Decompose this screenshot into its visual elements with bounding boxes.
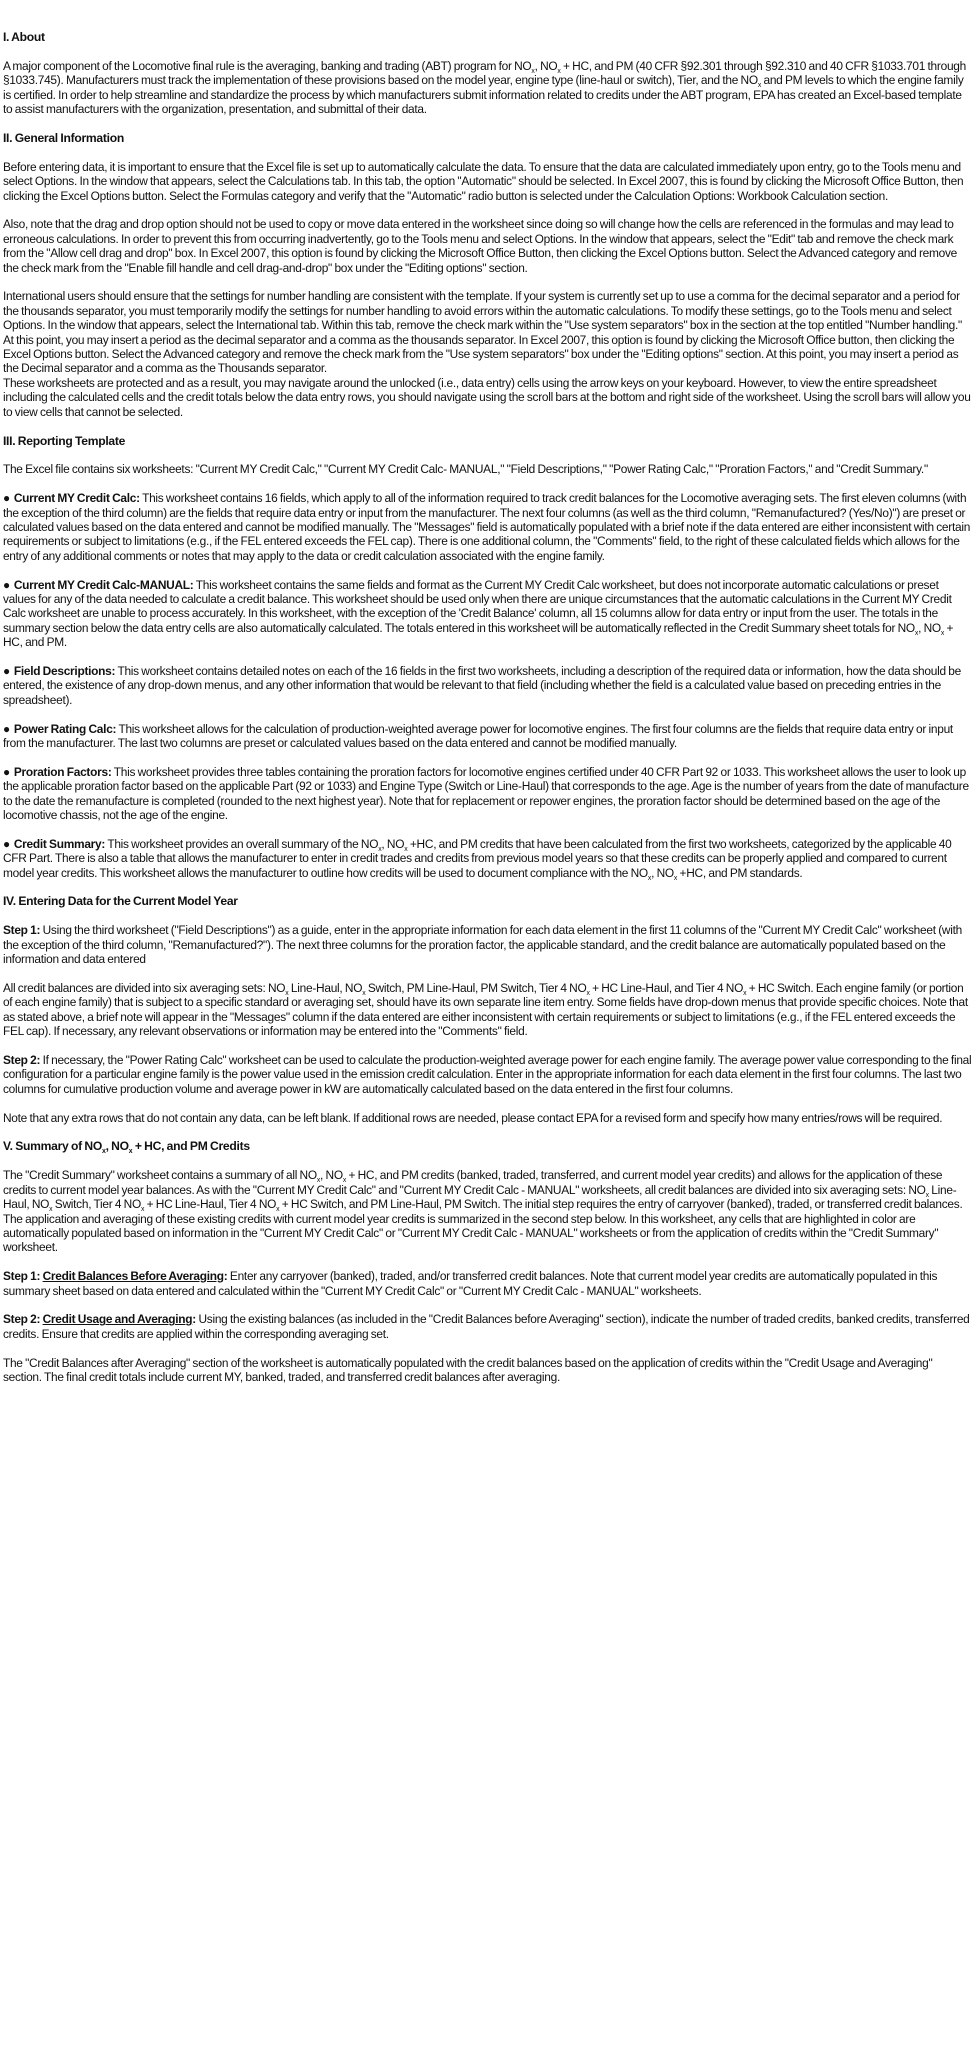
- paragraph: A major component of the Locomotive fina…: [3, 59, 973, 117]
- paragraph: International users should ensure that t…: [3, 289, 973, 375]
- bold-text-run: Credit Summary:: [14, 837, 105, 851]
- text-run: Also, note that the drag and drop option…: [3, 217, 957, 274]
- bullet-item: ●Current MY Credit Calc-MANUAL: This wor…: [3, 578, 973, 650]
- section-about: I. AboutA major component of the Locomot…: [3, 30, 973, 117]
- text-run: IV. Entering Data for the Current Model …: [3, 894, 238, 908]
- text-run: , NO: [651, 866, 674, 880]
- text-run: Switch, PM Line-Haul, PM Switch, Tier 4 …: [365, 981, 586, 995]
- bold-text-run: Current MY Credit Calc-MANUAL:: [14, 578, 194, 592]
- text-run: The Excel file contains six worksheets: …: [3, 462, 928, 476]
- paragraph: Step 1: Using the third worksheet ("Fiel…: [3, 923, 973, 966]
- paragraph: The "Credit Summary" worksheet contains …: [3, 1168, 973, 1254]
- bold-text-run: Credit Usage and Averaging: [43, 1312, 193, 1326]
- bullet-item: ●Proration Factors: This worksheet provi…: [3, 765, 973, 823]
- text-run: + HC Line-Haul, Tier 4 NO: [144, 1197, 276, 1211]
- instructions-document: I. AboutA major component of the Locomot…: [0, 0, 975, 1384]
- text-run: This worksheet contains detailed notes o…: [3, 664, 961, 707]
- text-run: These worksheets are protected and as a …: [3, 376, 971, 419]
- paragraph: The "Credit Balances after Averaging" se…: [3, 1356, 973, 1385]
- text-run: This worksheet provides an overall summa…: [105, 837, 378, 851]
- text-run: Switch, Tier 4 NO: [52, 1197, 141, 1211]
- paragraph: The Excel file contains six worksheets: …: [3, 462, 973, 476]
- text-run: This worksheet provides three tables con…: [3, 765, 969, 822]
- paragraph: Before entering data, it is important to…: [3, 160, 973, 203]
- text-run: V. Summary of NO: [3, 1139, 102, 1153]
- text-run: The "Credit Summary" worksheet contains …: [3, 1168, 317, 1182]
- paragraph: Step 2: Credit Usage and Averaging: Usin…: [3, 1312, 973, 1341]
- bold-text-run: Proration Factors:: [14, 765, 112, 779]
- paragraph: These worksheets are protected and as a …: [3, 376, 973, 419]
- text-run: If necessary, the "Power Rating Calc" wo…: [3, 1053, 971, 1096]
- bullet-icon: ●: [3, 664, 10, 678]
- paragraph: Step 1: Credit Balances Before Averaging…: [3, 1269, 973, 1298]
- bold-text-run: Step 1:: [3, 923, 40, 937]
- text-run: , NO: [381, 837, 404, 851]
- section-reporting-template: III. Reporting TemplateThe Excel file co…: [3, 434, 973, 881]
- text-run: + HC Line-Haul, and Tier 4 NO: [590, 981, 743, 995]
- text-run: International users should ensure that t…: [3, 289, 962, 375]
- bold-text-run: Power Rating Calc:: [14, 722, 116, 736]
- bullet-icon: ●: [3, 722, 10, 736]
- text-run: This worksheet contains 16 fields, which…: [3, 491, 970, 563]
- text-run: I. About: [3, 30, 45, 44]
- text-run: Before entering data, it is important to…: [3, 160, 963, 203]
- text-run: +HC, and PM standards.: [677, 866, 802, 880]
- section-heading: II. General Information: [3, 131, 973, 145]
- text-run: The "Credit Balances after Averaging" se…: [3, 1356, 932, 1384]
- section-summary-credits: V. Summary of NOx, NOx + HC, and PM Cred…: [3, 1139, 973, 1384]
- text-run: Note that any extra rows that do not con…: [3, 1111, 942, 1125]
- bold-text-run: Credit Balances Before Averaging: [43, 1269, 224, 1283]
- section-heading: I. About: [3, 30, 973, 44]
- text-run: A major component of the Locomotive fina…: [3, 59, 531, 73]
- section-general-information: II. General InformationBefore entering d…: [3, 131, 973, 419]
- paragraph: Note that any extra rows that do not con…: [3, 1111, 973, 1125]
- bullet-item: ●Power Rating Calc: This worksheet allow…: [3, 722, 973, 751]
- bullet-icon: ●: [3, 837, 10, 851]
- text-run: This worksheet allows for the calculatio…: [3, 722, 953, 750]
- bullet-item: ●Credit Summary: This worksheet provides…: [3, 837, 973, 880]
- section-heading: III. Reporting Template: [3, 434, 973, 448]
- text-run: , NO: [535, 59, 558, 73]
- bullet-icon: ●: [3, 491, 10, 505]
- text-run: , NO: [320, 1168, 343, 1182]
- text-run: , NO: [918, 621, 941, 635]
- bold-text-run: Current MY Credit Calc:: [14, 491, 140, 505]
- text-run: Line-Haul, NO: [288, 981, 362, 995]
- section-entering-data: IV. Entering Data for the Current Model …: [3, 894, 973, 1125]
- bullet-item: ●Field Descriptions: This worksheet cont…: [3, 664, 973, 707]
- bold-text-run: Step 2:: [3, 1053, 40, 1067]
- text-run: Using the third worksheet ("Field Descri…: [3, 923, 962, 966]
- section-heading: IV. Entering Data for the Current Model …: [3, 894, 973, 908]
- bold-text-run: Field Descriptions:: [14, 664, 115, 678]
- text-run: III. Reporting Template: [3, 434, 125, 448]
- section-heading: V. Summary of NOx, NOx + HC, and PM Cred…: [3, 1139, 973, 1153]
- text-run: II. General Information: [3, 131, 124, 145]
- bold-text-run: Step 2:: [3, 1312, 40, 1326]
- text-run: , NO: [106, 1139, 129, 1153]
- bullet-item: ●Current MY Credit Calc: This worksheet …: [3, 491, 973, 563]
- paragraph: All credit balances are divided into six…: [3, 981, 973, 1039]
- text-run: All credit balances are divided into six…: [3, 981, 285, 995]
- bullet-icon: ●: [3, 578, 10, 592]
- text-run: + HC, and PM Credits: [132, 1139, 249, 1153]
- paragraph: Also, note that the drag and drop option…: [3, 217, 973, 275]
- paragraph: Step 2: If necessary, the "Power Rating …: [3, 1053, 973, 1096]
- bullet-icon: ●: [3, 765, 10, 779]
- bold-text-run: Step 1:: [3, 1269, 40, 1283]
